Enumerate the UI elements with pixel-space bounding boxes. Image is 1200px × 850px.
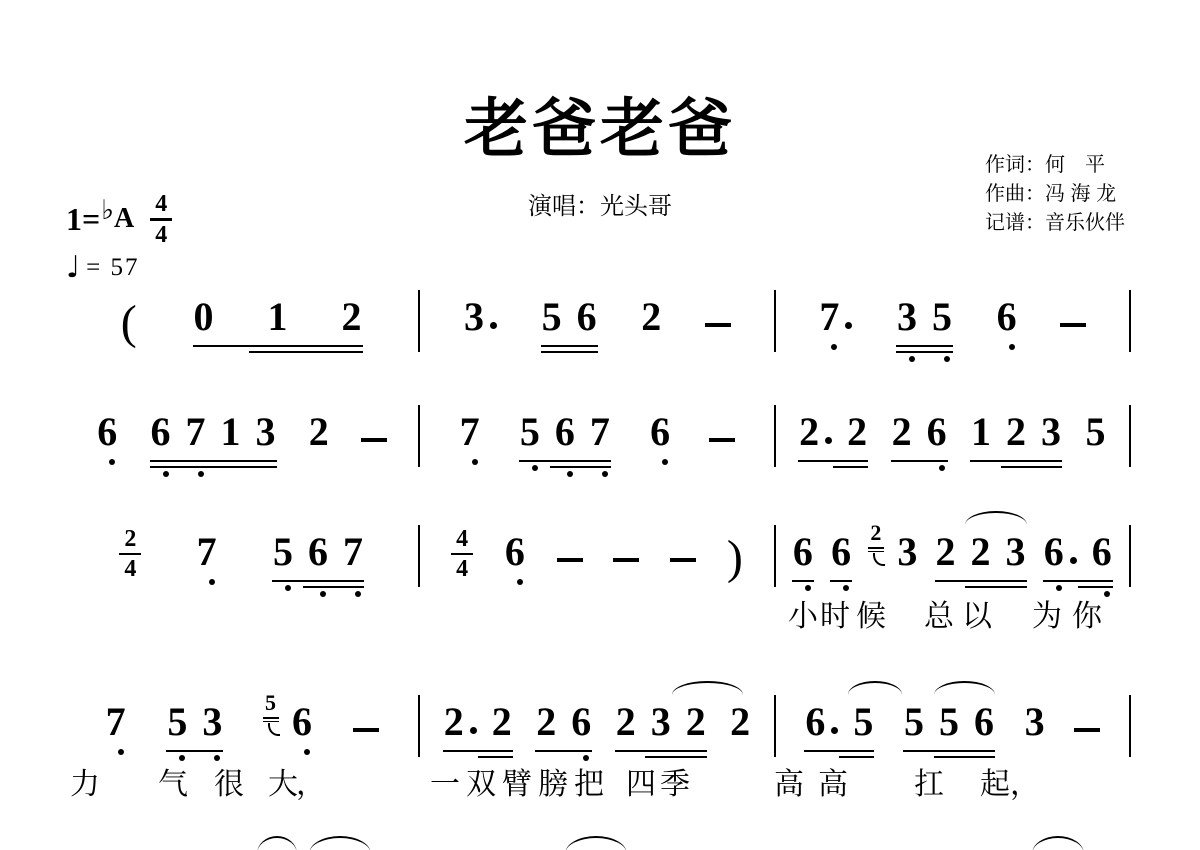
grace-note: 2 (868, 531, 888, 575)
measure: 75676 (420, 397, 773, 455)
beam-underline (535, 750, 592, 753)
note-group: 6 (996, 293, 1018, 340)
note-group: 567 (519, 408, 611, 455)
meter-denominator: 4 (155, 223, 167, 247)
note: 5 (541, 293, 563, 340)
meter-numerator: 4 (456, 527, 468, 551)
beam-underline (550, 466, 611, 469)
note: 7 (105, 698, 127, 745)
note: 2 (308, 408, 330, 455)
note: 5 (166, 698, 188, 745)
dash-extension (709, 438, 735, 443)
meter-denominator: 4 (456, 557, 468, 581)
note-group: 6 (649, 408, 671, 455)
note-group: 223 (935, 528, 1027, 575)
note: 3 (896, 528, 918, 575)
note: 7 (589, 408, 611, 455)
note: 3 (1005, 528, 1027, 575)
beam-underline (150, 466, 277, 469)
note-group: 23 (868, 528, 918, 575)
note: 3 (463, 293, 498, 340)
note-group: 123 (970, 408, 1062, 455)
low-octave-dot (320, 591, 326, 597)
note-group: 26 (535, 698, 592, 745)
note-group: 567 (272, 528, 364, 575)
note: 2 (685, 698, 707, 745)
note: 7 (459, 408, 481, 455)
note-group: 6 (96, 408, 118, 455)
beam-underline (1043, 580, 1113, 583)
note: 1 (220, 408, 242, 455)
note: 2 (535, 698, 557, 745)
note: 7 (818, 293, 853, 340)
note: 7 (342, 528, 364, 575)
slur-arc (965, 511, 1026, 525)
low-octave-dot (662, 459, 668, 465)
note: 2 (798, 408, 833, 455)
dash-extension (613, 558, 639, 563)
lyric-syllable: 为 (1032, 599, 1062, 635)
time-signature: 44 (451, 527, 473, 582)
low-octave-dot (214, 755, 220, 761)
grace-slur-hook (268, 723, 280, 736)
note: 1 (267, 293, 289, 340)
beam-underline (804, 750, 874, 753)
parenthesis: ) (727, 534, 743, 582)
beam-underline (150, 460, 277, 463)
dash-extension (670, 558, 696, 563)
lyric-syllable: 很 (214, 767, 244, 803)
note: 6 (307, 528, 329, 575)
grace-note-digit: 5 (265, 692, 276, 714)
lyric-syllable: 气 (158, 767, 188, 803)
grace-note: 5 (263, 701, 283, 745)
beam-underline (798, 460, 868, 463)
measure: 247567 (65, 517, 418, 575)
note-group: 5 (1084, 408, 1106, 455)
note-group: 7 (196, 528, 218, 575)
low-octave-dot (209, 579, 215, 585)
note-group: 6 (504, 528, 526, 575)
measure: 662322366 (776, 517, 1129, 575)
note: 3 (650, 698, 672, 745)
beam-underline (891, 460, 948, 463)
note: 6 (504, 528, 526, 575)
note: 6 (996, 293, 1018, 340)
beam-underline (833, 466, 868, 469)
beam-underline (839, 756, 874, 759)
note: 7 (185, 408, 207, 455)
tempo-value: = 57 (86, 254, 139, 282)
note: 2 (935, 528, 957, 575)
note-group: 6713 (150, 408, 277, 455)
low-octave-dot (843, 585, 849, 591)
barline (1129, 405, 1131, 467)
note-group: 56 (541, 293, 598, 340)
note: 6 (973, 698, 995, 745)
low-octave-dot (198, 471, 204, 477)
clipped-slur-arc (565, 836, 627, 850)
note-group: 26 (891, 408, 948, 455)
barline (1129, 290, 1131, 352)
lyric-syllable: 扛 (914, 767, 944, 803)
note: 2 (846, 408, 868, 455)
note-group: 232 (615, 698, 707, 745)
key-signature-block: 1= ♭ A 4 4 ♩ = 57 (66, 192, 172, 283)
low-octave-dot (179, 755, 185, 761)
low-octave-dot (1009, 344, 1015, 350)
low-octave-dot (567, 471, 573, 477)
low-octave-dot (304, 749, 310, 755)
clipped-slur-arc (257, 836, 297, 850)
credits-block: 作词：何 平 作曲：冯 海 龙 记谱：音乐伙伴 (985, 151, 1125, 238)
note: 6 (1043, 528, 1078, 575)
grace-slur-hook (873, 553, 885, 566)
note-group: 65 (804, 698, 874, 745)
low-octave-dot (109, 459, 115, 465)
beam-underline (896, 351, 953, 354)
low-octave-dot (1104, 591, 1110, 597)
lyric-syllable: 候 (856, 599, 886, 635)
measure: 7356 (776, 282, 1129, 340)
note: 5 (272, 528, 294, 575)
measure: 22262322 (420, 687, 773, 745)
beam-underline (541, 351, 598, 354)
note-group: 7 (105, 698, 127, 745)
slur-arc (934, 681, 995, 695)
lyric-syllable: 起 (980, 767, 1010, 803)
grace-underline (868, 551, 884, 553)
beam-underline (1078, 586, 1113, 589)
lyric-syllable: 高 (818, 767, 848, 803)
time-signature: 4 4 (150, 192, 172, 247)
lyric-syllable: 四 (626, 767, 656, 803)
note: 5 (1084, 408, 1106, 455)
note: 3 (201, 698, 223, 745)
note: 2 (729, 698, 751, 745)
low-octave-dot (355, 591, 361, 597)
low-octave-dot (163, 471, 169, 477)
augmentation-dot (470, 727, 477, 734)
beam-underline (970, 460, 1062, 463)
note-group: 35 (896, 293, 953, 340)
dash-extension (1060, 323, 1086, 328)
lyric-syllable: 以 (962, 599, 992, 635)
note: 2 (341, 293, 363, 340)
barline (1129, 525, 1131, 587)
beam-underline (903, 750, 995, 753)
note-group: 66 (1043, 528, 1113, 575)
beam-underline (615, 750, 707, 753)
measure: 75356 (65, 687, 418, 745)
note: 6 (96, 408, 118, 455)
note-group: 7 (818, 293, 853, 340)
lyric-syllable: 总 (924, 599, 954, 635)
note: 0 (193, 293, 215, 340)
augmentation-dot (845, 322, 852, 329)
system-1: (01235627356 (65, 282, 1131, 340)
low-octave-dot (583, 755, 589, 761)
beam-underline (272, 580, 364, 583)
low-octave-dot (285, 585, 291, 591)
note-group: 556 (903, 698, 995, 745)
note: 3 (896, 293, 918, 340)
lyricist-credit: 作词：何 平 (985, 151, 1125, 180)
note: 3 (1024, 698, 1046, 745)
beam-underline (303, 586, 364, 589)
dash-extension (557, 558, 583, 563)
low-octave-dot (602, 471, 608, 477)
note: 6 (830, 528, 852, 575)
note: 1 (970, 408, 992, 455)
low-octave-dot (939, 465, 945, 471)
note: 2 (640, 293, 662, 340)
key-letter: A (114, 205, 134, 233)
note: 2 (615, 698, 637, 745)
measure: 446) (420, 517, 773, 575)
note-group: 6 (830, 528, 852, 575)
grace-underline (263, 717, 279, 719)
note: 6 (1091, 528, 1113, 575)
note-group: 012 (193, 293, 363, 340)
clipped-slur-arc (1032, 836, 1084, 850)
fraction-bar (150, 218, 172, 221)
note-group: 7 (459, 408, 481, 455)
low-octave-dot (1056, 585, 1062, 591)
note: 2 (491, 698, 513, 745)
note-group: 3 (1024, 698, 1046, 745)
sheet-music-page: 老爸老爸 演唱：光头哥 作词：何 平 作曲：冯 海 龙 记谱：音乐伙伴 1= ♭… (0, 0, 1200, 850)
note: 6 (804, 698, 839, 745)
beam-underline (830, 580, 852, 583)
beam-underline (1001, 466, 1062, 469)
time-signature: 24 (119, 527, 141, 582)
quarter-note-icon: ♩ (66, 253, 80, 283)
note-group: 3 (463, 293, 498, 340)
lyric-syllable: 把 (574, 767, 604, 803)
note: 6 (576, 293, 598, 340)
note: 6 (792, 528, 814, 575)
parenthesis: ( (121, 299, 137, 347)
grace-underline (868, 547, 884, 549)
lyric-syllable: 大 (268, 767, 298, 803)
lyric-syllable: 季 (660, 767, 690, 803)
beam-underline (965, 586, 1026, 589)
fraction-bar (451, 553, 473, 556)
tonic-label: 1= (66, 203, 100, 235)
note-group: 22 (798, 408, 868, 455)
composer-credit: 作曲：冯 海 龙 (985, 180, 1125, 209)
measure: (012 (65, 282, 418, 340)
note: 6 (554, 408, 576, 455)
note: 3 (1040, 408, 1062, 455)
measure: 22261235 (776, 397, 1129, 455)
beam-underline (519, 460, 611, 463)
beam-underline (896, 345, 953, 348)
grace-note-digit: 2 (870, 522, 881, 544)
dash-extension (705, 323, 731, 328)
note-group: 56 (263, 698, 313, 745)
note: 2 (970, 528, 992, 575)
measure: 655563 (776, 687, 1129, 745)
clipped-slur-arc (309, 836, 371, 850)
augmentation-dot (825, 437, 832, 444)
beam-underline (443, 750, 513, 753)
beam-underline (249, 351, 362, 354)
transcriber-credit: 记谱：音乐伙伴 (985, 209, 1125, 238)
note: 5 (938, 698, 960, 745)
grace-underline (263, 721, 279, 723)
beam-underline (541, 345, 598, 348)
lyric-syllable: 小 (788, 599, 818, 635)
note-group: 53 (166, 698, 223, 745)
meter-numerator: 2 (124, 527, 136, 551)
dash-extension (353, 728, 379, 733)
slur-arc (848, 681, 903, 695)
low-octave-dot (532, 465, 538, 471)
lyric-syllable: 你 (1072, 599, 1102, 635)
low-octave-dot (831, 344, 837, 350)
note: 7 (196, 528, 218, 575)
note: 5 (852, 698, 874, 745)
beam-underline (193, 345, 363, 348)
beam-underline (166, 750, 223, 753)
meter-denominator: 4 (124, 557, 136, 581)
lyric-syllable: ， (1010, 767, 1040, 803)
lyric-syllable: ， (296, 767, 326, 803)
dash-extension (361, 438, 387, 443)
beam-underline (935, 580, 1027, 583)
note-group: 6 (792, 528, 814, 575)
note: 5 (903, 698, 925, 745)
lyric-syllable: 膀 (538, 767, 568, 803)
note: 5 (519, 408, 541, 455)
low-octave-dot (517, 579, 523, 585)
slur-arc (672, 681, 744, 695)
note: 3 (255, 408, 277, 455)
lyrics-row: 力气很大，一双臂膀把四季高高扛起， (0, 767, 1200, 807)
note: 6 (570, 698, 592, 745)
note-group: 2 (640, 293, 662, 340)
note-group: 22 (443, 698, 513, 745)
system-3: 247567446)662322366 (65, 517, 1131, 575)
dash-extension (1074, 728, 1100, 733)
note: 6 (926, 408, 948, 455)
low-octave-dot (909, 356, 915, 362)
measure: 667132 (65, 397, 418, 455)
barline (1129, 695, 1131, 757)
lyric-syllable: 双 (466, 767, 496, 803)
tempo-marking: ♩ = 57 (66, 253, 172, 283)
lyric-syllable: 臂 (502, 767, 532, 803)
system-4: 7535622262322655563 (65, 687, 1131, 745)
low-octave-dot (944, 356, 950, 362)
low-octave-dot (118, 749, 124, 755)
lyric-syllable: 力 (70, 767, 100, 803)
augmentation-dot (490, 322, 497, 329)
note: 5 (931, 293, 953, 340)
beam-underline (792, 580, 814, 583)
fraction-bar (119, 553, 141, 556)
augmentation-dot (831, 727, 838, 734)
note: 2 (443, 698, 478, 745)
beam-underline (645, 756, 706, 759)
system-2: 6671327567622261235 (65, 397, 1131, 455)
beam-underline (478, 756, 513, 759)
flat-icon: ♭ (101, 195, 114, 226)
beam-underline (934, 756, 995, 759)
low-octave-dot (472, 459, 478, 465)
augmentation-dot (1070, 557, 1077, 564)
key-signature: 1= ♭ A 4 4 (66, 192, 172, 247)
note: 6 (649, 408, 671, 455)
note-group: 2 (729, 698, 751, 745)
lyric-syllable: 一 (430, 767, 460, 803)
meter-numerator: 4 (155, 192, 167, 216)
lyric-syllable: 时 (820, 599, 850, 635)
note: 6 (150, 408, 172, 455)
note: 6 (291, 698, 313, 745)
low-octave-dot (805, 585, 811, 591)
note: 2 (891, 408, 913, 455)
lyric-syllable: 高 (774, 767, 804, 803)
note-group: 2 (308, 408, 330, 455)
measure: 3562 (420, 282, 773, 340)
note: 2 (1005, 408, 1027, 455)
lyrics-row: 小时候总以为你 (0, 599, 1200, 639)
